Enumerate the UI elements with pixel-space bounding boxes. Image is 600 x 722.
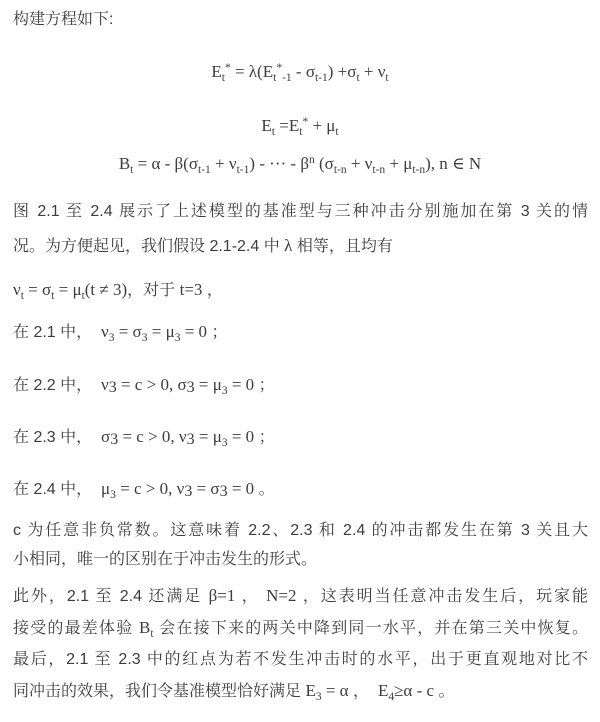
math-run: σ [101,427,110,446]
math-run: = μ [147,322,174,341]
case-2-4-line: 在 2.4 中， μ3 = c > 0, ν3 = σ3 = 0 。 [13,478,588,506]
math-run: ν [101,322,109,341]
math-run: 3 [110,431,118,448]
math-run: t [385,72,388,84]
math-run: E [305,681,315,700]
math-run: = 0 [228,375,255,394]
text-run: 。 [254,481,274,498]
text-run: 在 2.3 中， [13,429,101,446]
text-run: ，对于 [127,282,179,299]
math-run: 3 [109,379,117,396]
math-run: - σ [292,62,315,81]
math-run: -1 [282,72,292,84]
math-run: t=3 [180,280,203,299]
text-run: ， [235,588,266,605]
math-run: ) - ··· - β [249,154,309,173]
math-run: = σ [24,280,51,299]
text-run: 同冲击的效果，我们令基准模型恰好满足 [13,683,305,700]
text-run: 在 2.1 中， [13,324,101,341]
math-run: 3 [187,431,195,448]
math-run: + μ [385,154,412,173]
condition-t3-line: νt = σt = μt(t ≠ 3)，对于 t=3 ， [13,279,588,307]
math-run: + ν [211,154,237,173]
para-beta-line2: 接受的最差体验 Bt 会在接下来的两关中降到同一水平，并在第三关中恢复。 [13,617,588,645]
para-final-line1: 最后，2.1 至 2.3 中的红点为若不发生冲击时的水平，出于更直观地对比不 [13,649,588,671]
math-run: = μ [195,375,222,394]
math-run: ), n ∈ N [425,154,481,173]
equation-e: Et =Et* + μt [0,111,600,143]
para-figures-line1: 图 2.1 至 2.4 展示了上述模型的基准型与三种冲击分别施加在第 3 关的情 [13,201,588,223]
case-2-2-line: 在 2.2 中， ν3 = c > 0, σ3 = μ3 = 0 ； [13,374,588,402]
math-run: = 0 [180,322,207,341]
math-run: 3 [220,483,228,500]
text-run: ， [202,282,222,299]
text-run: ； [254,377,274,394]
document-page: 构建方程如下:Et* = λ(Et*-1 - σt-1) +σt + νtEt … [0,0,600,722]
intro-line: 构建方程如下: [13,9,588,31]
para-final-line2: 同冲击的效果，我们令基准模型恰好满足 E3 = α ， E4≥α - c 。 [13,680,588,708]
text-run: 。 [434,683,454,700]
math-run: t-1 [198,164,211,176]
math-run: t-1 [315,72,328,84]
math-run: t-n [412,164,425,176]
para-c-line2: 小相同，唯一的区别在于冲击发生的形式。 [13,549,588,571]
equation-b: Bt = α - β(σt-1 + νt-1) - ··· - βn (σt-n… [0,149,600,181]
math-run: = α - β(σ [133,154,198,173]
math-run: μ [101,479,110,498]
math-run: + ν [347,154,373,173]
text-run: ； [207,324,227,341]
math-run: t [335,126,338,138]
case-2-1-line: 在 2.1 中， ν3 = σ3 = μ3 = 0 ； [13,321,588,349]
text-run: 在 2.4 中， [13,481,101,498]
text-run: 构建方程如下: [13,11,113,28]
math-run: (σ [315,154,334,173]
math-run: t-n [334,164,347,176]
math-run: ≥α - c [394,681,434,700]
math-run: = c > 0, ν [116,479,184,498]
math-run: B [119,154,130,173]
text-run: 况。为方便起见，我们假设 2.1-2.4 中 [13,238,284,255]
math-run: = μ [195,427,222,446]
math-run: = σ [192,479,219,498]
math-run: E [378,681,388,700]
equation-e-star: Et* = λ(Et*-1 - σt-1) +σt + νt [0,57,600,89]
math-run: = α [322,681,349,700]
para-beta-line1: 此外，2.1 至 2.4 还满足 β=1 ， N=2 ，这表明当任意冲击发生后，… [13,585,588,608]
math-run: t-1 [237,164,250,176]
math-run: N=2 [266,586,296,605]
math-run: E [261,116,271,135]
math-run: t-n [372,164,385,176]
text-run: c 为任意非负常数。这意味着 2.2、2.3 和 2.4 的冲击都发生在第 3 … [13,522,588,539]
math-run: + μ [308,116,335,135]
math-run: = σ [114,322,141,341]
math-run: =E [275,116,299,135]
math-run: ν [13,280,21,299]
text-run: 会在接下来的两关中降到同一水平，并在第三关中恢复。 [154,620,588,637]
text-run: ； [254,429,274,446]
math-run: 3 [187,379,195,396]
math-run: B [139,618,150,637]
text-run: ， [349,683,378,700]
text-run: 小相同，唯一的区别在于冲击发生的形式。 [13,551,317,568]
math-run: (t ≠ 3) [85,280,127,299]
text-run: 最后，2.1 至 2.3 中的红点为若不发生冲击时的水平，出于更直观地对比不 [13,651,588,668]
math-run: = 0 [228,427,255,446]
math-run: = λ(E [231,62,273,81]
math-run: + ν [360,62,386,81]
math-run: E [211,62,221,81]
text-run: 图 2.1 至 2.4 展示了上述模型的基准型与三种冲击分别施加在第 3 关的情 [13,203,588,220]
text-run: 相等，且均有 [292,238,392,255]
text-run: 此外，2.1 至 2.4 还满足 [13,588,209,605]
math-run: ) +σ [328,62,357,81]
math-run: = c > 0, ν [118,427,186,446]
case-2-3-line: 在 2.3 中， σ3 = c > 0, ν3 = μ3 = 0 ； [13,426,588,454]
math-run: ν [101,375,109,394]
text-run: 接受的最差体验 [13,620,139,637]
math-run: = 0 [228,479,255,498]
math-run: β=1 [209,586,236,605]
para-c-line1: c 为任意非负常数。这意味着 2.2、2.3 和 2.4 的冲击都发生在第 3 … [13,520,588,542]
math-run: = c > 0, σ [117,375,187,394]
text-run: 在 2.2 中， [13,377,101,394]
math-run: = μ [54,280,81,299]
para-figures-line2: 况。为方便起见，我们假设 2.1-2.4 中 λ 相等，且均有 [13,235,588,258]
text-run: ，这表明当任意冲击发生后，玩家能 [296,588,588,605]
